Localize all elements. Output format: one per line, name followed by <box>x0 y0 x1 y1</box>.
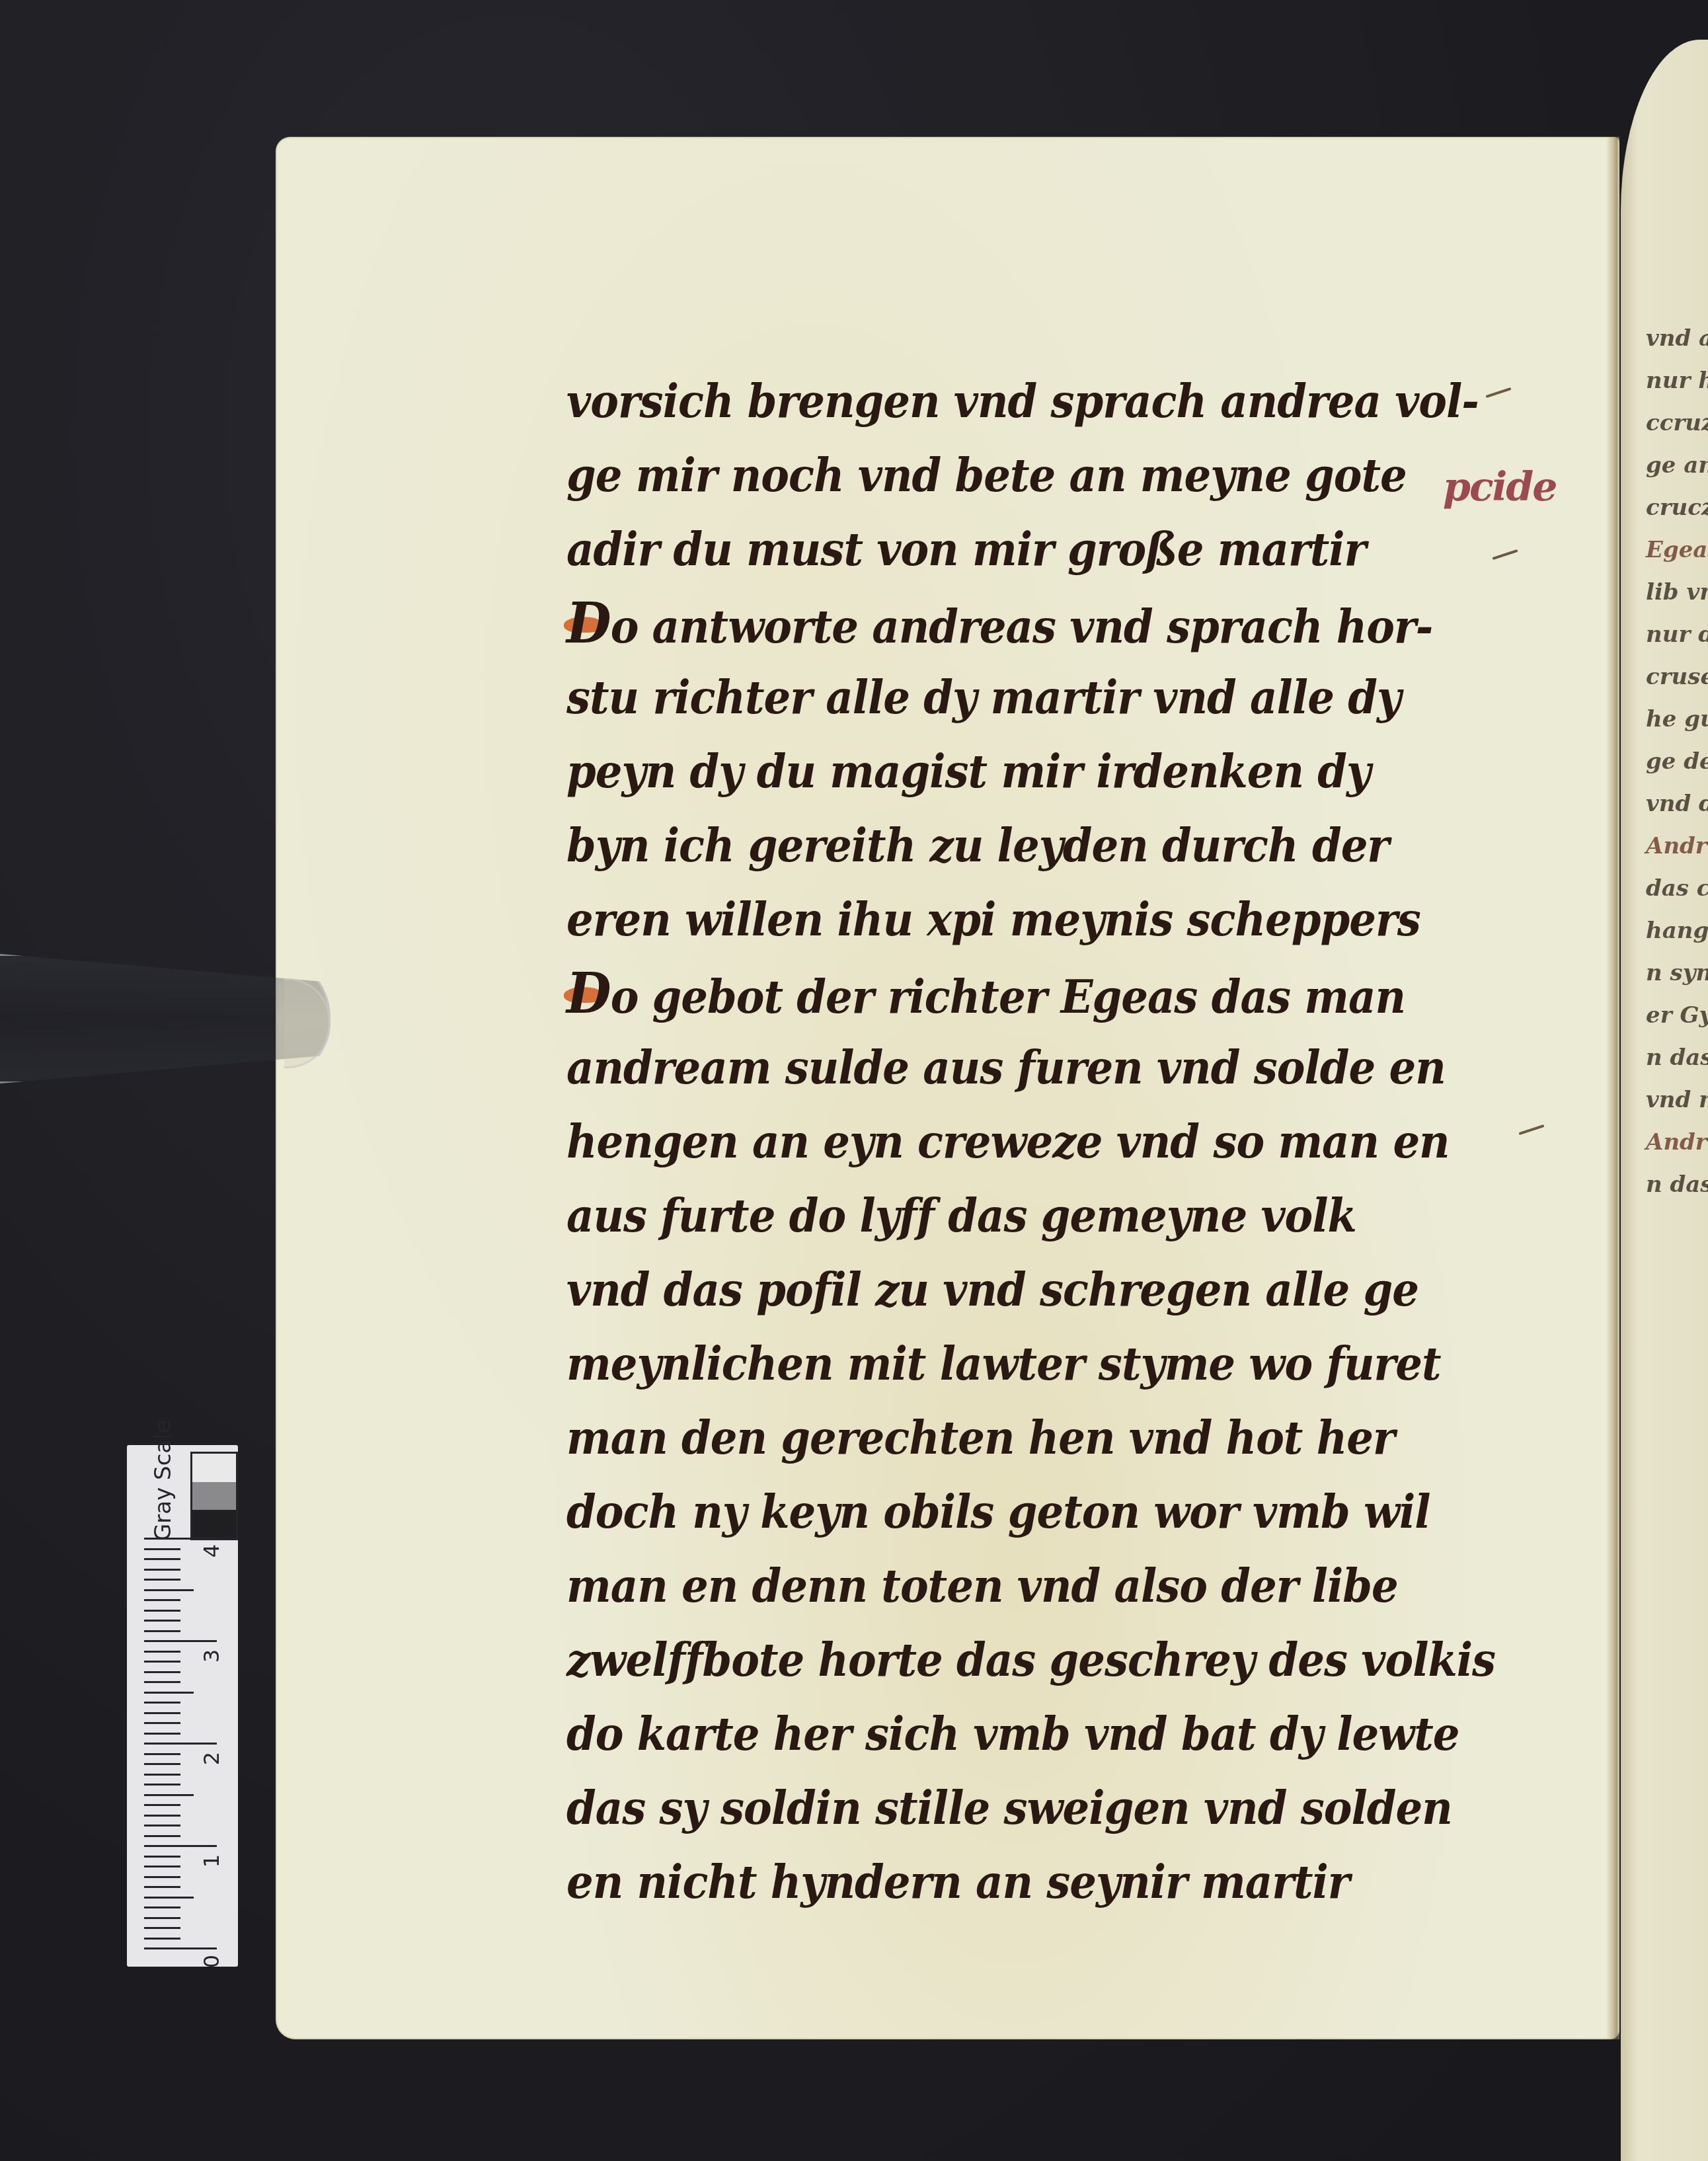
ruler-tick <box>144 1630 180 1632</box>
text-line-18: zwelffbote horte das geschrey des volkis <box>566 1621 1690 1701</box>
ruler-tick <box>144 1825 180 1827</box>
tick-label-2: 2 <box>199 1752 224 1765</box>
text-line-3: adir du must von mir große martir <box>566 510 1690 590</box>
tick-label-3: 3 <box>199 1649 224 1663</box>
text-line-5: stu richter alle dy martir vnd alle dy <box>566 658 1690 738</box>
text-line-8: eren willen ihu xpi meynis scheppers <box>566 881 1690 961</box>
text-line-20: das sy soldin stille sweigen vnd solden <box>566 1769 1690 1849</box>
ruler-tick <box>144 1804 180 1806</box>
ruler-tick <box>144 1558 180 1560</box>
ruler-tick <box>144 1651 180 1653</box>
text-line-1: vorsich brengen vnd sprach andrea vol- <box>566 362 1690 442</box>
ruler-tick <box>144 1866 180 1867</box>
ruler-ticks <box>144 1551 217 1947</box>
ruler-tick <box>144 1589 194 1591</box>
ruler-tick <box>144 1753 180 1755</box>
text-line-19: do karte her sich vmb vnd bat dy lewte <box>566 1695 1690 1775</box>
gray-swatches <box>190 1452 238 1540</box>
ruler-tick <box>144 1763 180 1765</box>
tick-label-0: 0 <box>199 1955 224 1968</box>
ruler-tick <box>144 1947 217 1949</box>
ruler-tick <box>144 1722 180 1724</box>
text-block: vorsich brengen vnd sprach andrea vol- g… <box>566 365 1690 1920</box>
text-line-4: o antworte andreas vnd sprach hor- <box>611 600 1433 654</box>
ruler-tick <box>144 1845 217 1847</box>
ruler-tick <box>144 1906 180 1908</box>
ruler-tick <box>144 1620 180 1622</box>
text-line-6: peyn dy du magist mir irdenken dy <box>566 732 1690 812</box>
tick-label-4: 4 <box>199 1544 224 1557</box>
text-line-15: man den gerechten hen vnd hot her <box>566 1399 1690 1479</box>
ruler-tick <box>144 1856 180 1858</box>
ruler-tick <box>144 1579 180 1581</box>
tick-label-1: 1 <box>199 1854 224 1867</box>
ruler-tick <box>144 1774 180 1776</box>
text-line-13: vnd das pofil zu vnd schregen alle ge <box>566 1251 1690 1331</box>
ruler-tick <box>144 1794 194 1796</box>
ruler-tick <box>144 1702 180 1704</box>
ruler-tick <box>144 1610 180 1612</box>
text-line-11: hengen an eyn creweze vnd so man en <box>566 1103 1690 1183</box>
manuscript-page: vorsich brengen vnd sprach andrea vol- g… <box>276 137 1619 2039</box>
text-line-14: meynlichen mit lawter styme wo furet <box>566 1325 1690 1405</box>
ruler-tick <box>144 1681 180 1683</box>
red-initial-d: D <box>566 584 611 664</box>
ruler-tick <box>144 1569 180 1571</box>
ruler-tick <box>144 1927 180 1929</box>
ruler-title: Gray Scale <box>150 1455 176 1541</box>
ruler-tick <box>144 1733 180 1735</box>
text-line-17: man en denn toten vnd also der libe <box>566 1547 1690 1627</box>
ruler-tick <box>144 1897 194 1899</box>
text-line-12: aus furte do lyff das gemeyne volk <box>566 1177 1690 1257</box>
text-line-16: doch ny keyn obils geton wor vmb wil <box>566 1473 1690 1553</box>
ruler-tick <box>144 1917 180 1919</box>
ruler-tick <box>144 1886 180 1888</box>
ruler-tick <box>144 1835 180 1837</box>
text-line-9: o gebot der richter Egeas das man <box>611 970 1405 1024</box>
ruler-tick <box>144 1743 217 1745</box>
red-initial-d: D <box>566 955 611 1035</box>
text-line-9-initial: Do gebot der richter Egeas das man <box>566 955 1690 1035</box>
ruler-tick <box>144 1876 180 1878</box>
ruler-tick <box>144 1548 180 1550</box>
ruler-tick <box>144 1712 180 1714</box>
ruler-tick <box>144 1671 180 1673</box>
ruler-tick <box>144 1599 180 1601</box>
ruler-tick <box>144 1692 194 1694</box>
ruler-tick <box>144 1538 217 1540</box>
swatch-black <box>192 1510 236 1538</box>
text-line-21: en nicht hyndern an seynir martir <box>566 1843 1690 1923</box>
ruler-tick <box>144 1815 180 1817</box>
ruler-tick <box>144 1640 217 1642</box>
swatch-gray <box>192 1482 236 1511</box>
swatch-white <box>192 1454 236 1482</box>
text-line-10: andream sulde aus furen vnd solde en <box>566 1029 1690 1109</box>
gray-scale-ruler: Gray Scale 4 3 2 1 0 <box>127 1445 238 1967</box>
text-line-7: byn ich gereith zu leyden durch der <box>566 806 1690 886</box>
facing-line: vnd am <box>1646 317 1708 360</box>
ruler-tick <box>144 1938 180 1940</box>
ruler-tick <box>144 1661 180 1663</box>
margin-note: pcide <box>1443 464 1556 510</box>
ruler-tick <box>144 1784 180 1786</box>
text-line-4-initial: Do antworte andreas vnd sprach hor- <box>566 584 1690 664</box>
